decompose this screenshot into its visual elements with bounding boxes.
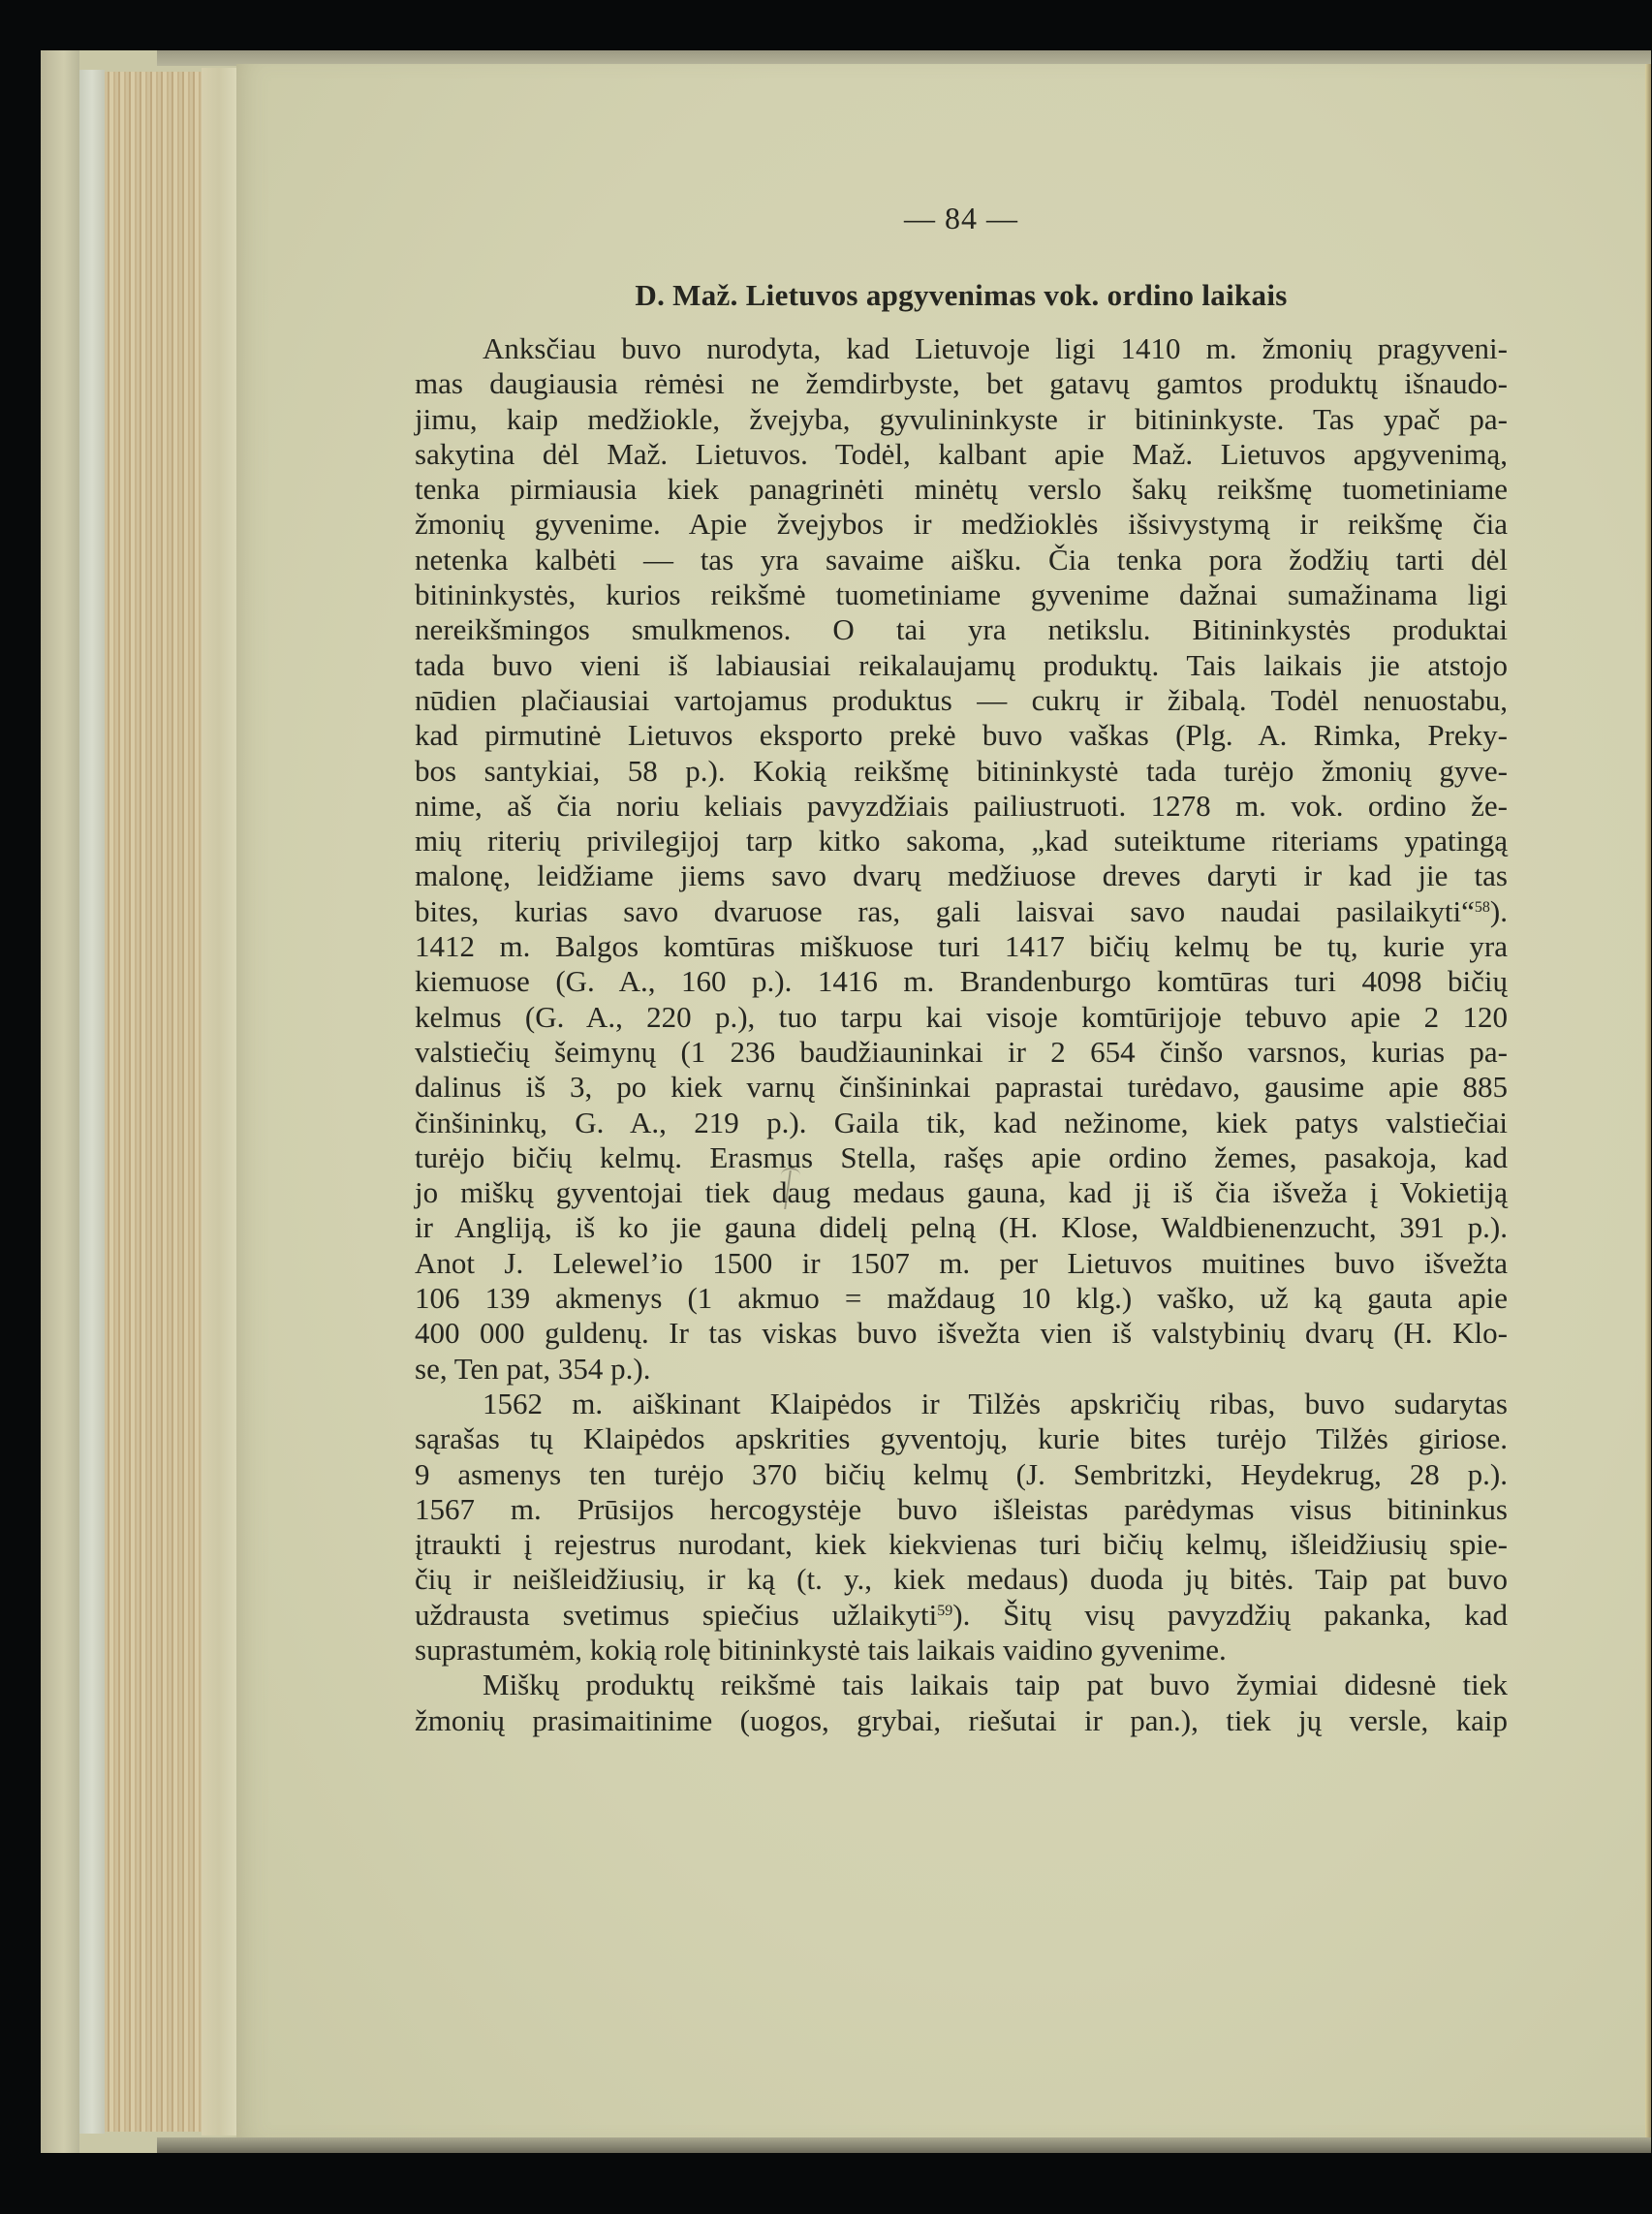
- book-bottom-edge: [157, 2137, 1651, 2153]
- text-line: uždrausta svetimus spiečius užlaikyti59)…: [415, 1598, 1508, 1633]
- text-line: kiemuose (G. A., 160 p.). 1416 m. Brande…: [415, 964, 1508, 999]
- text-line: kelmus (G. A., 220 p.), tuo tarpu kai vi…: [415, 1000, 1508, 1035]
- text-line: Anksčiau buvo nurodyta, kad Lietuvoje li…: [415, 331, 1508, 366]
- text-line: 1412 m. Balgos komtūras miškuose turi 14…: [415, 929, 1508, 964]
- text-line: nime, aš čia noriu keliais pavyzdžiais p…: [415, 789, 1508, 824]
- page-number: — 84 —: [415, 201, 1508, 236]
- text-line: bites, kurias savo dvaruose ras, gali la…: [415, 894, 1508, 929]
- page-stack-edge: [105, 72, 202, 2132]
- text-line: kad pirmutinė Lietuvos eksporto prekė bu…: [415, 718, 1508, 753]
- book-spine-strip: [79, 70, 105, 2134]
- text-line: suprastumėm, kokią rolę bitininkystė tai…: [415, 1633, 1508, 1668]
- text-line: 1567 m. Prūsijos hercogystėje buvo išlei…: [415, 1492, 1508, 1527]
- footnote-ref: 59: [937, 1603, 952, 1619]
- text-line: sąrašas tų Klaipėdos apskrities gyventoj…: [415, 1421, 1508, 1456]
- text-line: mių riterių privilegijoj tarp kitko sako…: [415, 824, 1508, 858]
- text-line: dalinus iš 3, po kiek varnų činšininkai …: [415, 1070, 1508, 1105]
- text-line: bitininkystės, kurios reikšmė tuometinia…: [415, 577, 1508, 612]
- text-line: valstiečių šeimynų (1 236 baudžiauninkai…: [415, 1035, 1508, 1070]
- text-line: čių ir neišleidžiusių, ir ką (t. y., kie…: [415, 1562, 1508, 1597]
- text-line: tada buvo vieni iš labiausiai reikalauja…: [415, 648, 1508, 683]
- body-text: Anksčiau buvo nurodyta, kad Lietuvoje li…: [415, 331, 1508, 1738]
- page-gutter: [202, 68, 236, 2136]
- book-cover-cloth: [41, 50, 79, 2153]
- text-line: mas daugiausia rėmėsi ne žemdirbyste, be…: [415, 366, 1508, 401]
- footnote-ref: 58: [1475, 899, 1490, 916]
- text-line: 400 000 guldenų. Ir tas viskas buvo išve…: [415, 1316, 1508, 1351]
- text-line: žmonių gyvenime. Apie žvejybos ir medžio…: [415, 507, 1508, 542]
- section-heading: D. Maž. Lietuvos apgyvenimas vok. ordino…: [415, 278, 1508, 313]
- text-line: jimu, kaip medžiokle, žvejyba, gyvulinin…: [415, 402, 1508, 437]
- text-line: Anot J. Lelewel’io 1500 ir 1507 m. per L…: [415, 1246, 1508, 1281]
- book-right-edge: [1645, 64, 1651, 2139]
- text-line: činšininkų, G. A., 219 p.). Gaila tik, k…: [415, 1106, 1508, 1140]
- text-line: jo miškų gyventojai tiek daug medaus gau…: [415, 1175, 1508, 1210]
- text-line: nereikšmingos smulkmenos. O tai yra neti…: [415, 612, 1508, 647]
- text-line: bos santykiai, 58 p.). Kokią reikšmę bit…: [415, 754, 1508, 789]
- text-line: įtraukti į rejestrus nurodant, kiek kiek…: [415, 1527, 1508, 1562]
- text-line: 1562 m. aiškinant Klaipėdos ir Tilžės ap…: [415, 1387, 1508, 1421]
- text-line: netenka kalbėti — tas yra savaime aišku.…: [415, 543, 1508, 577]
- text-line: sakytina dėl Maž. Lietuvos. Todėl, kalba…: [415, 437, 1508, 472]
- text-line: žmonių prasimaitinime (uogos, grybai, ri…: [415, 1703, 1508, 1738]
- text-line: nūdien plačiausiai vartojamus produktus …: [415, 683, 1508, 718]
- text-line: turėjo bičių kelmų. Erasmus Stella, rašę…: [415, 1140, 1508, 1175]
- text-line: se, Ten pat, 354 p.).: [415, 1352, 1508, 1387]
- text-line: 9 asmenys ten turėjo 370 bičių kelmų (J.…: [415, 1457, 1508, 1492]
- text-line: ir Angliją, iš ko jie gauna didelį pelną…: [415, 1210, 1508, 1245]
- pencil-mark: [781, 1168, 800, 1183]
- text-line: tenka pirmiausia kiek panagrinėti minėtų…: [415, 472, 1508, 507]
- text-line: Miškų produktų reikšmė tais laikais taip…: [415, 1668, 1508, 1702]
- text-line: malonę, leidžiame jiems savo dvarų medži…: [415, 858, 1508, 893]
- text-line: 106 139 akmenys (1 akmuo = maždaug 10 kl…: [415, 1281, 1508, 1316]
